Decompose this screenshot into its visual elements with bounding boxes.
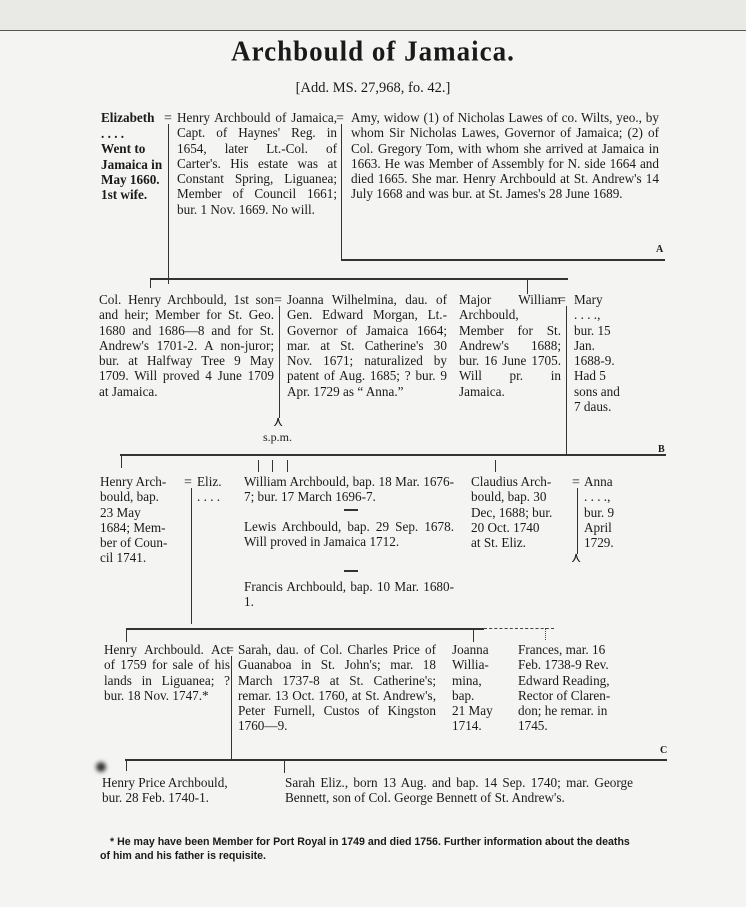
- anna-line: Anna: [584, 474, 634, 489]
- henry-price-archbould: Henry Price Archbould, bur. 28 Feb. 1740…: [102, 775, 272, 806]
- elizabeth-details: . . . . Went to Jamaica in May 1660. 1st…: [101, 126, 167, 202]
- page-top-shadow: [0, 0, 746, 30]
- henry-price-line: bur. 28 Feb. 1740-1.: [102, 790, 272, 805]
- mary-line: Mary: [574, 292, 634, 307]
- francis-archbould-1680: Francis Archbould, bap. 10 Mar. 1680-1.: [244, 579, 454, 610]
- frances-line: Edward Reading,: [518, 673, 638, 688]
- henry-line: bould, bap.: [100, 489, 190, 504]
- major-william-archbould: Major William Archbould, Member for St. …: [459, 292, 561, 399]
- henry-gen3-drop: [121, 454, 122, 468]
- sarah-price: Sarah, dau. of Col. Charles Price of Gua…: [238, 642, 436, 734]
- mary-line: Jan.: [574, 338, 634, 353]
- henry-line: cil 1741.: [100, 550, 190, 565]
- frances-line: Frances, mar. 16: [518, 642, 638, 657]
- joanna-line: 1714.: [452, 718, 507, 733]
- anna-line: 1729.: [584, 535, 634, 550]
- major-william-descent-line: [566, 306, 567, 454]
- henry-price-drop: [126, 759, 127, 771]
- frances-dotted-drop: [545, 628, 546, 640]
- henry-line: ber of Coun-: [100, 535, 190, 550]
- page-title: Archbould of Jamaica.: [0, 35, 746, 68]
- joanna-line: 21 May: [452, 703, 507, 718]
- sarah-eliz-drop: [284, 759, 285, 773]
- henry-gen4-descent-line: [231, 656, 232, 760]
- francis-drop: [287, 460, 288, 472]
- mary-line: 7 daus.: [574, 399, 634, 414]
- footnote: * He may have been Member for Port Royal…: [100, 835, 640, 863]
- claudius-descent-line: [577, 488, 578, 554]
- col-henry-descent-line: [279, 306, 280, 418]
- henry-gen4-drop: [126, 628, 127, 642]
- generation4-sibling-line: [126, 628, 484, 630]
- marriage-symbol: =: [558, 294, 566, 308]
- frances-line: 1745.: [518, 718, 638, 733]
- eliz-line: Eliz.: [197, 474, 237, 489]
- frances-reading: Frances, mar. 16 Feb. 1738-9 Rev. Edward…: [518, 642, 638, 734]
- generation1-rule: [341, 259, 665, 261]
- sarah-eliz-bennett: Sarah Eliz., born 13 Aug. and bap. 14 Se…: [285, 775, 633, 806]
- col-henry-archbould: Col. Henry Archbould, 1st son and heir; …: [99, 292, 274, 399]
- joanna-gen4-drop: [473, 628, 474, 642]
- william-drop: [258, 460, 259, 472]
- section-marker-c: C: [660, 745, 667, 756]
- frances-line: don; he remar. in: [518, 703, 638, 718]
- joanna-line: Willia-: [452, 657, 507, 672]
- marriage-symbol: =: [336, 112, 344, 126]
- generation3-sibling-line: [120, 454, 666, 456]
- henry-line: 1684; Mem-: [100, 520, 190, 535]
- ink-smudge: [96, 762, 106, 772]
- eliz-line: . . . .: [197, 489, 237, 504]
- mary-wife-of-william: Mary . . . ., bur. 15 Jan. 1688-9. Had 5…: [574, 292, 634, 414]
- marriage-symbol: =: [572, 476, 580, 490]
- anna-line: bur. 9: [584, 505, 634, 520]
- henry-line: Henry Arch-: [100, 474, 190, 489]
- mary-line: 1688-9.: [574, 353, 634, 368]
- generation5-sibling-line: [125, 759, 667, 761]
- separator-dash: [344, 509, 358, 511]
- no-issue-arrow-icon: ⋏: [571, 552, 581, 564]
- separator-dash: [344, 570, 358, 572]
- eliz-wife-of-henry: Eliz. . . . .: [197, 474, 237, 505]
- lewis-drop: [272, 460, 273, 472]
- frances-line: Feb. 1738-9 Rev.: [518, 657, 638, 672]
- mary-line: Had 5: [574, 368, 634, 383]
- anna-line: April: [584, 520, 634, 535]
- amy-lawes: Amy, widow (1) of Nicholas Lawes of co. …: [351, 110, 659, 202]
- marriage-symbol: =: [226, 644, 234, 658]
- claudius-line: Claudius Arch-: [471, 474, 579, 489]
- generation2-sibling-line: [150, 278, 568, 280]
- joanna-line: Joanna: [452, 642, 507, 657]
- no-issue-arrow-icon: ⋏: [273, 416, 283, 428]
- page-top-rule: [0, 30, 746, 31]
- joanna-line: mina,: [452, 673, 507, 688]
- claudius-line: at St. Eliz.: [471, 535, 579, 550]
- claudius-line: bould, bap. 30: [471, 489, 579, 504]
- henry-price-line: Henry Price Archbould,: [102, 775, 272, 790]
- manuscript-reference: [Add. MS. 27,968, fo. 42.]: [0, 80, 746, 97]
- frances-line: Rector of Claren-: [518, 688, 638, 703]
- mary-line: bur. 15: [574, 323, 634, 338]
- anna-line: . . . .,: [584, 489, 634, 504]
- joanna-line: bap.: [452, 688, 507, 703]
- mary-line: . . . .,: [574, 307, 634, 322]
- claudius-line: 20 Oct. 1740: [471, 520, 579, 535]
- henry-archbould-1684: Henry Arch- bould, bap. 23 May 1684; Mem…: [100, 474, 190, 566]
- claudius-line: Dec, 1688; bur.: [471, 505, 579, 520]
- henry-line: 23 May: [100, 505, 190, 520]
- anna-wife-of-claudius: Anna . . . ., bur. 9 April 1729.: [584, 474, 634, 550]
- generation4-uncertain-line: [484, 628, 554, 629]
- henry-archbould-senior: Henry Archbould of Jamaica, Capt. of Hay…: [177, 110, 337, 217]
- william-archbould-1676: William Archbould, bap. 18 Mar. 1676-7; …: [244, 474, 454, 505]
- spm-note: s.p.m.: [263, 430, 292, 445]
- joanna-williamina: Joanna Willia- mina, bap. 21 May 1714.: [452, 642, 507, 734]
- mary-line: sons and: [574, 384, 634, 399]
- claudius-archbould: Claudius Arch- bould, bap. 30 Dec, 1688;…: [471, 474, 579, 550]
- amy-descent-line: [341, 124, 342, 260]
- section-marker-a: A: [656, 244, 663, 255]
- claudius-drop: [495, 460, 496, 472]
- elizabeth-name: Elizabeth: [101, 110, 171, 125]
- henry-archbould-1759: Henry Archbould. Act of 1759 for sale of…: [104, 642, 230, 703]
- henry-gen3-descent-line: [191, 488, 192, 624]
- lewis-archbould-1678: Lewis Archbould, bap. 29 Sep. 1678. Will…: [244, 519, 454, 550]
- joanna-wilhelmina-morgan: Joanna Wilhelmina, dau. of Gen. Edward M…: [287, 292, 447, 399]
- col-henry-drop: [150, 278, 151, 288]
- marriage-symbol: =: [274, 294, 282, 308]
- elizabeth-descent-line: [168, 124, 169, 284]
